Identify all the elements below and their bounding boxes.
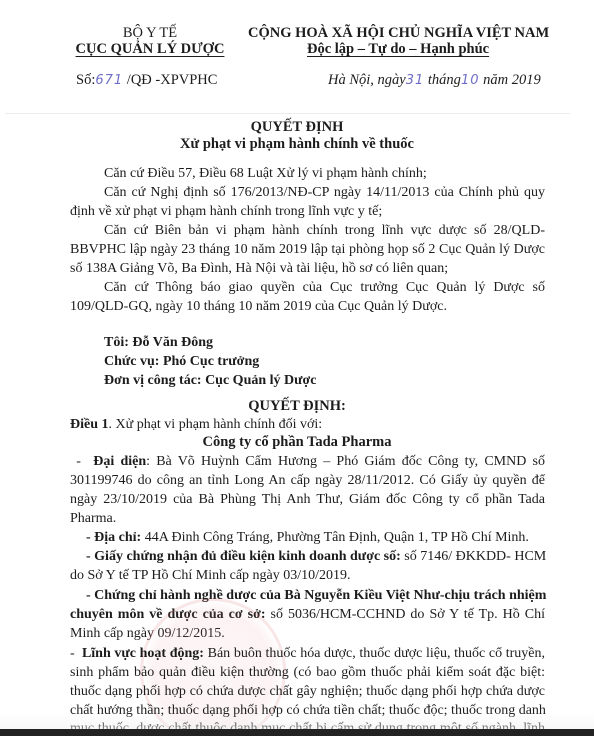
practice-cert-line: - Chứng chỉ hành nghề dược của Bà Nguyễn… <box>86 587 545 604</box>
decision-title: QUYẾT ĐỊNH <box>0 119 594 136</box>
preamble-line: số 138A Giảng Võ, Ba Đình, Hà Nội và tài… <box>70 260 545 277</box>
handwritten-number: 671 <box>95 73 123 88</box>
field-line: sinh phẩm bảo quản điều kiện thường (có … <box>70 664 545 681</box>
preamble-line: Căn cứ Nghị định số 176/2013/NĐ-CP ngày … <box>104 184 545 201</box>
representative-line: 301199746 do công an tỉnh Long An cấp ng… <box>70 472 545 489</box>
bottom-shade <box>0 712 594 729</box>
handwritten-month: 10 <box>461 73 480 88</box>
decision-subtitle: Xử phạt vi phạm hành chính về thuốc <box>0 136 594 153</box>
official-position: Chức vụ: Phó Cục trưởng <box>104 353 579 370</box>
number-suffix: /QĐ -XPVPHC <box>127 72 218 88</box>
business-cert-line: - Giấy chứng nhận đủ điều kiện kinh doan… <box>86 548 545 565</box>
field-line: thuốc dạng phối hợp có chứa dược chất gâ… <box>70 683 545 700</box>
date-year: năm 2019 <box>483 72 541 88</box>
field-label: Lĩnh vực hoạt động: <box>82 646 204 661</box>
date-month-label: tháng <box>428 72 461 88</box>
preamble-line: Căn cứ Điều 57, Điều 68 Luật Xử lý vi ph… <box>104 165 545 182</box>
motto-text: Độc lập – Tự do – Hạnh phúc <box>307 41 489 57</box>
preamble-line: định về xử phạt vi phạm hành chính trong… <box>70 203 545 220</box>
article-1-label: Điều 1 <box>70 417 109 432</box>
document-page: BỘ Y TẾ CỤC QUẢN LÝ DƯỢC Số:671 /QĐ -XPV… <box>0 0 594 736</box>
field-line: - Lĩnh vực hoạt động: Bán buôn thuốc hóa… <box>70 645 545 662</box>
representative-line: Pharma. <box>70 510 545 527</box>
practice-cert-text: số 5036/HCM-CCHND do Sở Y tế Tp. Hồ Chí <box>266 607 546 622</box>
article-1-text: . Xử phạt vi phạm hành chính đối với: <box>109 417 323 432</box>
preamble-line: Căn cứ Biên bản vi phạm hành chính trong… <box>104 222 545 239</box>
company-name: Công ty cổ phần Tada Pharma <box>0 434 594 451</box>
department-name-text: CỤC QUẢN LÝ DƯỢC <box>76 41 225 57</box>
representative-line: ngày 23/10/2019 của Bà Phùng Thị Anh Thư… <box>70 491 545 508</box>
address-label: - Địa chỉ: <box>86 530 141 545</box>
preamble-line: BBVPHC lập ngày 23 tháng 10 năm 2019 lập… <box>70 241 545 258</box>
business-cert-text: số 7146/ ĐKKDD- HCM <box>401 549 546 564</box>
address-text: 44A Đinh Công Tráng, Phường Tân Định, Qu… <box>141 530 529 545</box>
ministry-name: BỘ Y TẾ <box>60 25 240 42</box>
nation-name: CỘNG HOÀ XÃ HỘI CHỦ NGHĨA VIỆT NAM <box>248 25 549 42</box>
national-motto: Độc lập – Tự do – Hạnh phúc <box>307 41 489 58</box>
official-unit: Đơn vị công tác: Cục Quản lý Dược <box>104 372 579 389</box>
date-prefix: Hà Nội, ngày <box>328 72 406 88</box>
article-1: Điều 1. Xử phạt vi phạm hành chính đối v… <box>70 416 545 433</box>
representative-label: Đại diện <box>93 454 146 469</box>
decision-heading: QUYẾT ĐỊNH: <box>0 398 594 415</box>
handwritten-day: 31 <box>406 73 425 88</box>
department-name: CỤC QUẢN LÝ DƯỢC <box>60 41 240 58</box>
practice-cert-line: chuyên môn về dược của cơ sở: số 5036/HC… <box>70 606 545 623</box>
decision-number: Số:671 /QĐ -XPVPHC <box>76 72 217 89</box>
preamble-line: 109/QLD-GQ, ngày 10 tháng 10 năm 2019 củ… <box>70 298 545 315</box>
address-line: - Địa chỉ: 44A Đinh Công Tráng, Phường T… <box>86 529 561 546</box>
issue-date: Hà Nội, ngày31 tháng10 năm 2019 <box>328 72 541 89</box>
practice-cert-line: Minh cấp ngày 09/12/2015. <box>70 625 545 642</box>
business-cert-label: - Giấy chứng nhận đủ điều kiện kinh doan… <box>86 549 401 564</box>
bottom-edge <box>0 729 594 736</box>
preamble-line: Căn cứ Thông báo giao quyền của Cục trưở… <box>104 279 545 296</box>
number-prefix: Số: <box>76 72 95 88</box>
header-divider <box>5 113 570 114</box>
representative-line: - Đại diện: Bà Võ Huỳnh Cẩm Hương – Phó … <box>70 453 545 470</box>
business-cert-line: do Sở Y tế TP Hồ Chí Minh cấp ngày 03/10… <box>70 567 545 584</box>
official-name: Tôi: Đỗ Văn Đông <box>104 334 579 351</box>
